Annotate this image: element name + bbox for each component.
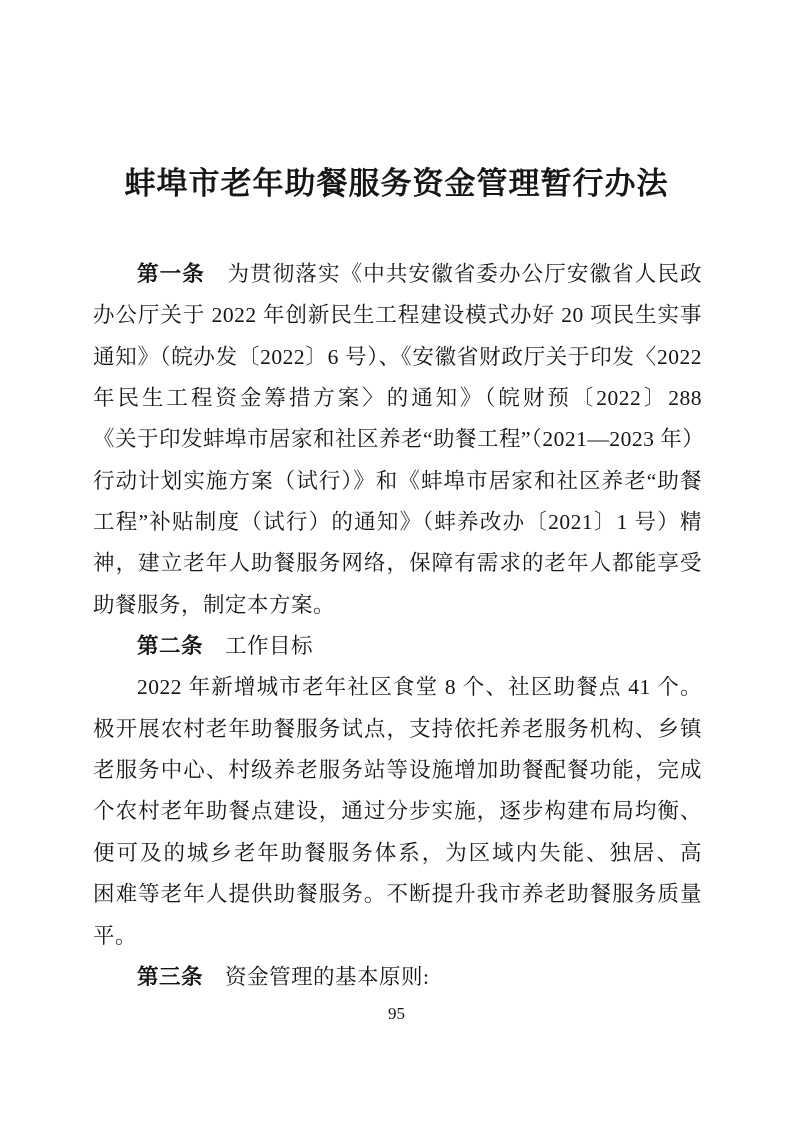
line-text: 《关于印发蚌埠市居家和社区养老“助餐工程”（2021—2023 年） <box>93 427 702 451</box>
text-line: 2022 年新增城市老年社区食堂 8 个、社区助餐点 41 个。积 <box>93 667 702 708</box>
text-line: 平。 <box>93 916 702 957</box>
document-title: 蚌埠市老年助餐服务资金管理暂行办法 <box>0 162 793 206</box>
text-line: 极开展农村老年助餐服务试点，支持依托养老服务机构、乡镇养 <box>93 709 702 750</box>
article-number: 第二条 <box>137 634 203 658</box>
article-heading: 第二条 工作目标 <box>93 626 702 667</box>
text-line: 行动计划实施方案（试行）》和《蚌埠市居家和社区养老“助餐 <box>93 461 702 502</box>
article-heading: 第三条 资金管理的基本原则: <box>93 957 702 998</box>
text-line: 通知》（皖办发〔2022〕6 号）、《安徽省财政厅关于印发〈2022 <box>93 337 702 378</box>
line-text: 行动计划实施方案（试行）》和《蚌埠市居家和社区养老“助餐 <box>93 469 702 493</box>
text-line: 办公厅关于 2022 年创新民生工程建设模式办好 20 项民生实事的 <box>93 295 702 336</box>
article-number: 第一条 <box>137 262 205 286</box>
line-text: 便可及的城乡老年助餐服务体系，为区域内失能、独居、高龄、 <box>93 841 702 874</box>
line-text: 工程”补贴制度（试行）的通知》（蚌养改办〔2021〕1 号）精 <box>93 510 702 534</box>
line-text: 工作目标 <box>203 634 313 658</box>
line-text: 助餐服务，制定本方案。 <box>93 593 335 617</box>
text-line: 个农村老年助餐点建设，通过分步实施，逐步构建布局均衡、方 <box>93 791 702 832</box>
document-page: 蚌埠市老年助餐服务资金管理暂行办法 第一条 为贯彻落实《中共安徽省委办公厅安徽省… <box>0 0 793 1122</box>
text-line: 老服务中心、村级养老服务站等设施增加助餐配餐功能，完成 6 <box>93 750 702 791</box>
text-line: 年民生工程资金筹措方案〉的通知》（皖财预〔2022〕288 号）、 <box>93 378 702 419</box>
text-line: 困难等老年人提供助餐服务。不断提升我市养老助餐服务质量水 <box>93 874 702 915</box>
line-text: 办公厅关于 2022 年创新民生工程建设模式办好 20 项民生实事的 <box>93 303 702 336</box>
text-line: 神，建立老年人助餐服务网络，保障有需求的老年人都能享受到 <box>93 543 702 584</box>
text-line: 工程”补贴制度（试行）的通知》（蚌养改办〔2021〕1 号）精 <box>93 502 702 543</box>
text-line: 助餐服务，制定本方案。 <box>93 585 702 626</box>
article-number: 第三条 <box>137 965 203 989</box>
page-number: 95 <box>0 1002 793 1026</box>
line-text: 个农村老年助餐点建设，通过分步实施，逐步构建布局均衡、方 <box>93 799 702 832</box>
line-text: 资金管理的基本原则: <box>203 965 429 989</box>
line-text: 困难等老年人提供助餐服务。不断提升我市养老助餐服务质量水 <box>93 882 702 915</box>
line-text: 神，建立老年人助餐服务网络，保障有需求的老年人都能享受到 <box>93 551 702 584</box>
line-text: 2022 年新增城市老年社区食堂 8 个、社区助餐点 41 个。积 <box>93 675 702 708</box>
line-text: 极开展农村老年助餐服务试点，支持依托养老服务机构、乡镇养 <box>93 717 702 750</box>
document-body: 第一条 为贯彻落实《中共安徽省委办公厅安徽省人民政府 办公厅关于 2022 年创… <box>93 254 702 998</box>
line-text: 通知》（皖办发〔2022〕6 号）、《安徽省财政厅关于印发〈2022 <box>93 345 702 369</box>
text-line: 便可及的城乡老年助餐服务体系，为区域内失能、独居、高龄、 <box>93 833 702 874</box>
line-text: 平。 <box>93 924 137 948</box>
line-text: 年民生工程资金筹措方案〉的通知》（皖财预〔2022〕288 号）、 <box>93 386 702 419</box>
line-text: 老服务中心、村级养老服务站等设施增加助餐配餐功能，完成 6 <box>93 758 702 791</box>
text-line: 《关于印发蚌埠市居家和社区养老“助餐工程”（2021—2023 年） <box>93 419 702 460</box>
text-line: 第一条 为贯彻落实《中共安徽省委办公厅安徽省人民政府 <box>93 254 702 295</box>
